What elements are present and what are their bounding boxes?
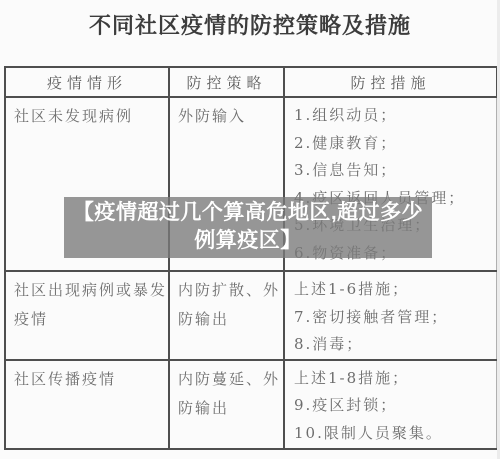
col-header-situation: 疫情情形 [5, 67, 169, 97]
measure-item: 9.疫区封锁； [294, 392, 496, 420]
measure-item: 7.密切接触者管理； [294, 304, 496, 332]
measure-item: 10.限制人员聚集。 [294, 420, 496, 448]
page-title: 不同社区疫情的防控策略及措施 [0, 9, 500, 40]
table-header-row: 疫情情形 防控策略 防控措施 [5, 67, 497, 97]
table-row: 社区传播疫情 内防蔓延、外防输出 上述1-8措施； 9.疫区封锁； 10.限制人… [5, 360, 497, 449]
table-row: 社区出现病例或暴发疫情 内防扩散、外防输出 上述1-6措施； 7.密切接触者管理… [5, 271, 497, 360]
watermark-overlay: 【疫情超过几个算高危地区,超过多少 例算疫区】 [64, 197, 432, 258]
col-header-strategy: 防控策略 [169, 67, 284, 97]
measure-item: 上述1-8措施； [294, 365, 496, 393]
measure-item: 上述1-6措施； [294, 276, 496, 304]
measure-item: 1.组织动员； [294, 102, 496, 130]
document-page: 不同社区疫情的防控策略及措施 疫情情形 防控策略 防控措施 社区未发现病例 外防… [0, 0, 500, 459]
situation-cell: 社区传播疫情 [5, 360, 169, 449]
strategy-cell: 内防扩散、外防输出 [169, 271, 284, 360]
measure-item: 3.信息告知； [294, 157, 496, 185]
col-header-measures: 防控措施 [284, 67, 497, 97]
watermark-line: 例算疫区】 [64, 227, 432, 255]
situation-cell: 社区出现病例或暴发疫情 [5, 271, 169, 360]
strategy-cell: 内防蔓延、外防输出 [169, 360, 284, 449]
measures-cell: 上述1-8措施； 9.疫区封锁； 10.限制人员聚集。 [284, 360, 497, 449]
measure-item: 2.健康教育； [294, 130, 496, 158]
measure-item: 8.消毒； [294, 331, 496, 359]
watermark-line: 【疫情超过几个算高危地区,超过多少 [64, 199, 432, 227]
measures-cell: 上述1-6措施； 7.密切接触者管理； 8.消毒； [284, 271, 497, 360]
